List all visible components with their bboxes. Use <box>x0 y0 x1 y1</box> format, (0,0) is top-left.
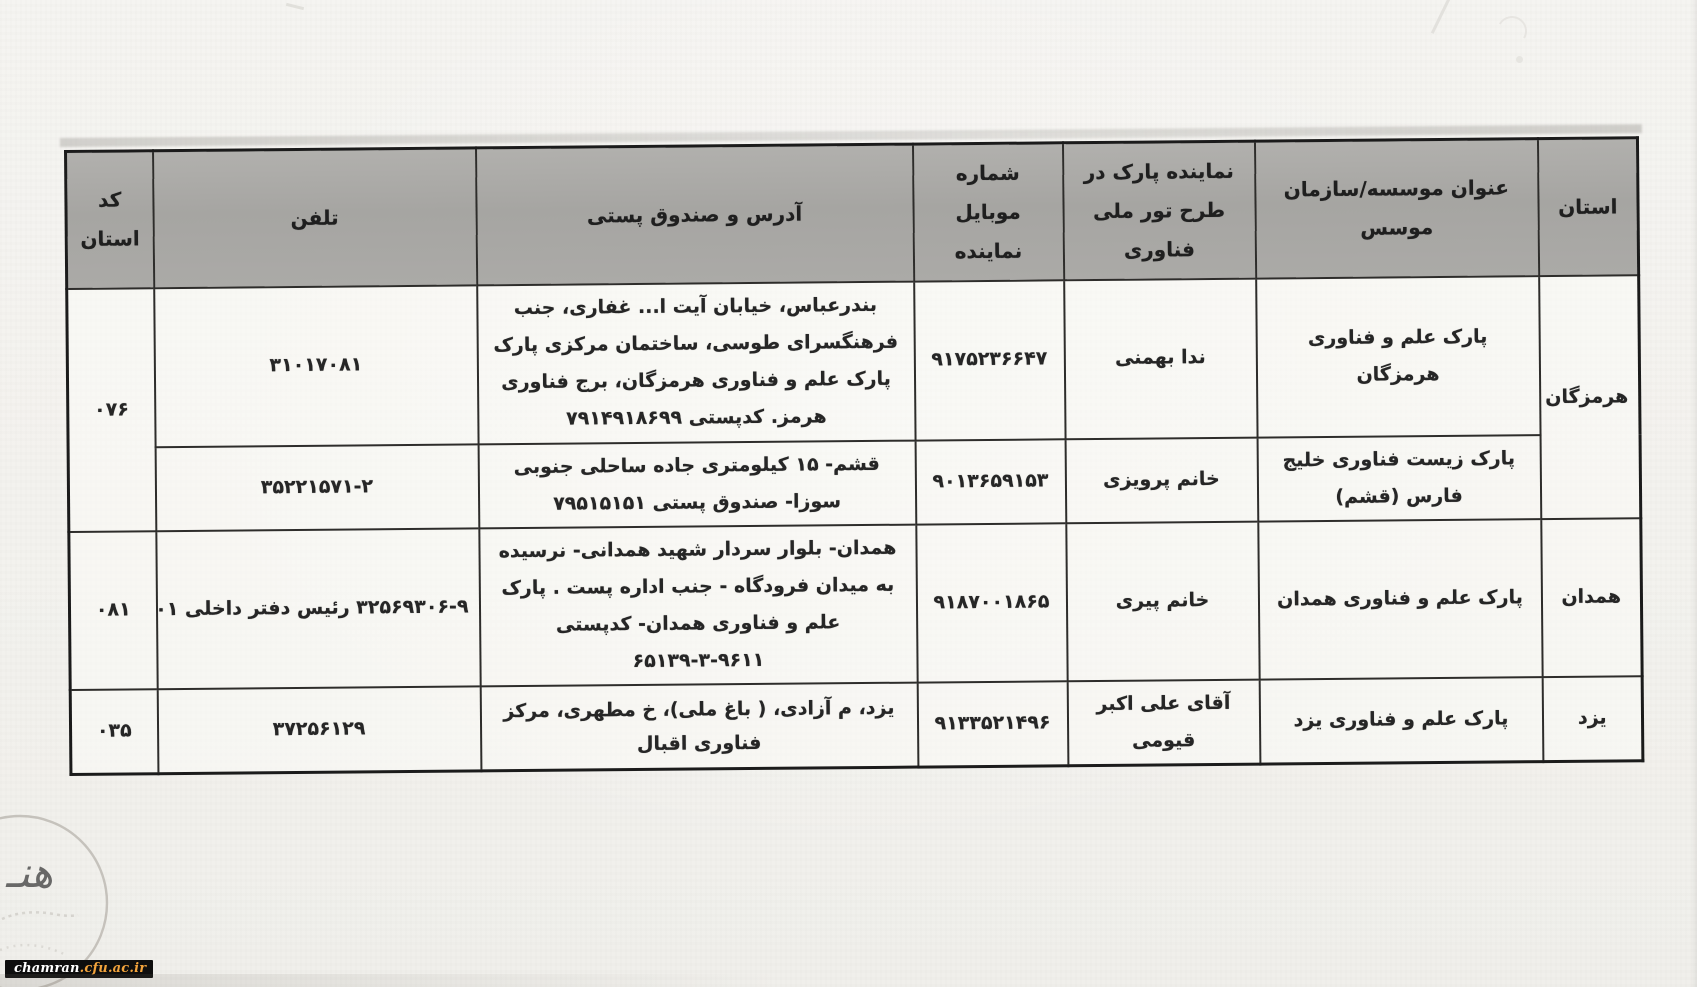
header-province: استان <box>1537 138 1638 276</box>
header-rep: نماینده پارک در طرح تور ملی فناوری <box>1062 141 1255 280</box>
stamp-text: هنـ <box>5 848 53 897</box>
cell-province: یزد <box>1542 676 1643 761</box>
cell-institution: پارک علم و فناوری یزد <box>1259 677 1543 764</box>
scan-artifact <box>286 3 304 10</box>
cell-province: هرمزگان <box>1539 275 1641 519</box>
cell-address: همدان- بلوار سردار شهید همدانی- نرسیده ب… <box>479 524 917 686</box>
table-row: یزد پارک علم و فناوری یزد آقای علی اکبر … <box>70 676 1643 774</box>
site-watermark: chamran.cfu.ac.ir <box>5 960 153 978</box>
cell-phone: ۳۷۲۵۶۱۲۹ <box>157 686 481 773</box>
header-row: استان عنوان موسسه/سازمان موسس نماینده پا… <box>66 138 1639 289</box>
table-row: همدان پارک علم و فناوری همدان خانم پیری … <box>69 518 1642 690</box>
table-scan-region: استان عنوان موسسه/سازمان موسس نماینده پا… <box>64 136 1644 776</box>
site-watermark-name: chamran <box>14 961 80 976</box>
cell-mobile: ۹۱۳۳۵۲۱۴۹۶ <box>917 681 1068 767</box>
scan-artifact <box>1494 13 1531 50</box>
site-watermark-domain: .cfu.ac.ir <box>80 961 147 976</box>
header-phone: تلفن <box>153 148 477 288</box>
table-row: هرمزگان پارک علم و فناوری هرمزگان ندا به… <box>67 275 1640 448</box>
stamp-seal: هنـ <box>0 787 240 987</box>
scan-edge-shadow <box>1690 0 1697 987</box>
cell-rep: آقای علی اکبر قیومی <box>1067 679 1260 765</box>
header-institution: عنوان موسسه/سازمان موسس <box>1254 139 1538 278</box>
cell-code: ۰۳۵ <box>70 689 158 774</box>
header-mobile: شماره موبایل نماینده <box>912 143 1063 281</box>
header-code: کد استان <box>66 151 154 289</box>
cell-institution: پارک علم و فناوری همدان <box>1258 519 1542 680</box>
cell-institution: پارک علم و فناوری هرمزگان <box>1256 276 1540 437</box>
scanned-page: { "colors": { "header_gray": "#a9a7a4", … <box>0 0 1697 987</box>
cell-mobile: ۹۱۸۷۰۰۱۸۶۵ <box>916 523 1067 682</box>
table-row: پارک زیست فناوری خلیج فارس (قشم) خانم پر… <box>68 434 1641 532</box>
stamp-seal-graphic: هنـ <box>0 787 240 987</box>
cell-address: یزد، م آزادی، ( باغ ملی)، خ مطهری، مرکز … <box>480 682 918 770</box>
cell-address: بندرعباس، خیابان آیت ا... غفاری، جنب فره… <box>477 281 915 444</box>
cell-code: ۰۸۱ <box>69 531 157 690</box>
header-address: آدرس و صندوق پستی <box>475 144 913 285</box>
cell-rep: خانم پیری <box>1066 521 1259 681</box>
scan-artifact <box>1431 0 1504 59</box>
contacts-table: استان عنوان موسسه/سازمان موسس نماینده پا… <box>64 136 1644 776</box>
cell-address: قشم- ۱۵ کیلومتری جاده ساحلی جنوبی سوزا- … <box>478 440 916 528</box>
scan-artifact <box>1516 56 1523 63</box>
cell-mobile: ۹۱۷۵۲۳۶۶۴۷ <box>914 280 1065 440</box>
cell-phone: ⁦۳۵۲۲۱۵۷۱-۲⁩ <box>155 444 479 531</box>
stamp-script-line <box>2 912 78 919</box>
cell-institution: پارک زیست فناوری خلیج فارس (قشم) <box>1257 435 1541 522</box>
cell-phone: ۳۱۰۱۷۰۸۱ <box>154 285 478 447</box>
cell-mobile: ۹۰۱۳۶۵۹۱۵۳ <box>915 439 1066 524</box>
cell-rep: خانم پرویزی <box>1065 437 1258 523</box>
cell-province: همدان <box>1541 518 1642 677</box>
cell-rep: ندا بهمنی <box>1064 278 1257 439</box>
cell-phone: ⁦۳۲۵۶۹۳۰۶-۹⁩ رئیس دفتر داخلی ۱۰۱ <box>156 528 480 689</box>
cell-code: ۰۷۶ <box>67 288 156 532</box>
stamp-script-line <box>0 945 66 955</box>
